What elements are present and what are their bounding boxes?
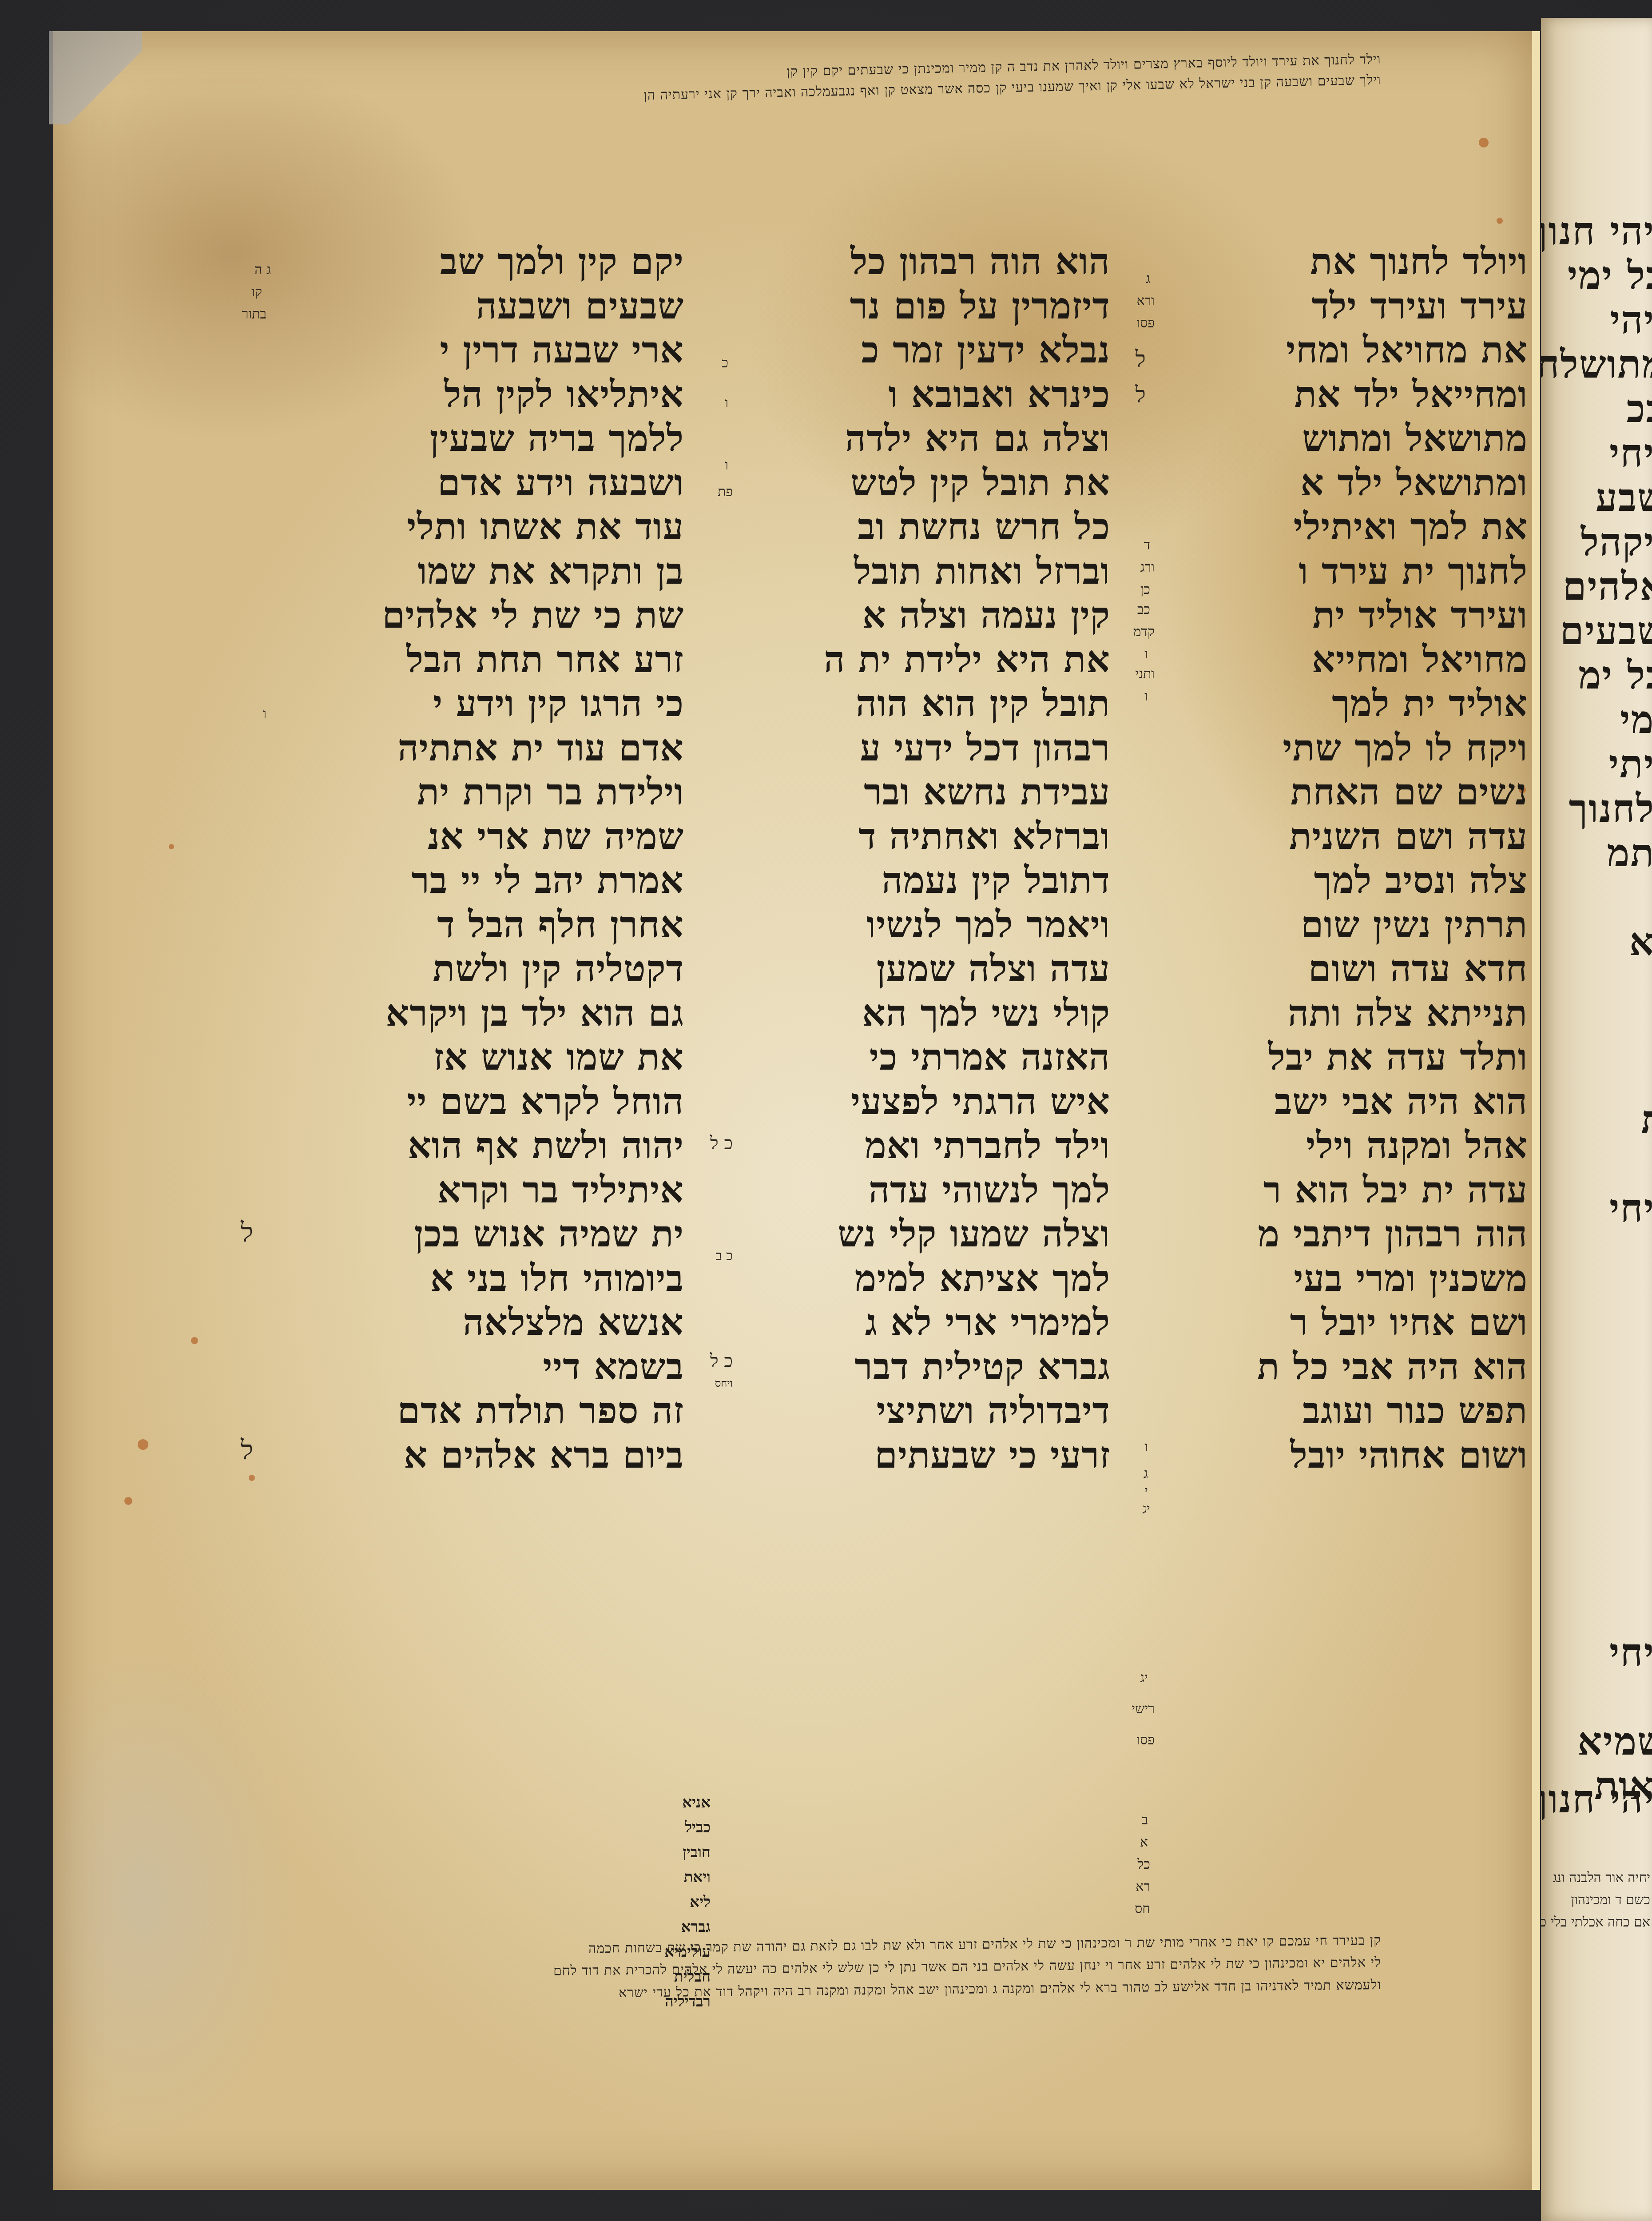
next-folio-masorah: כשם ד ומכינהון <box>1571 1892 1650 1908</box>
text-line: ויקח לו למך שתי <box>1164 726 1528 771</box>
text-column-left: יקם קין ולמך שב שבעים ושבעה ארי שבעה דרי… <box>320 240 684 1477</box>
text-line: צלה ונסיב למך <box>1164 859 1528 903</box>
text-line: ושום אחוהי יובל <box>1164 1433 1528 1478</box>
masorah-parva-note: פת <box>718 484 733 500</box>
stain-dot <box>169 844 174 849</box>
next-folio-line: בכ <box>1627 386 1652 431</box>
text-line: אחרן חלף הבל ד <box>320 903 684 947</box>
text-line: נשים שם האחת <box>1164 770 1528 815</box>
masorah-parva-note: רישי <box>1132 1701 1155 1717</box>
masorah-parva-note: יג <box>1140 1670 1148 1686</box>
text-line: האזנה אמרתי כי <box>746 1035 1110 1080</box>
text-line: גברא קטילית דבר <box>746 1345 1110 1389</box>
text-line: ותלד עדה את יבל <box>1164 1035 1528 1080</box>
next-folio-line: ויהי חנוך ל <box>1541 209 1652 254</box>
text-line: אדם עוד ית אתתיה <box>320 726 684 771</box>
targum-word: ליא <box>648 1890 711 1915</box>
text-line: הוה רבהון דיתבי מ <box>1164 1212 1528 1257</box>
text-line: הוא היה אבי כל ת <box>1164 1345 1528 1389</box>
masorah-top-line: וילך שבעים ושבעה קן בני ישראל לא שבעו אל… <box>643 72 1381 103</box>
next-folio-line: ויחי <box>1609 431 1652 476</box>
targum-word: אניא <box>648 1790 711 1815</box>
text-line: איתליאו לקין הל <box>320 373 684 417</box>
text-line: איתיליד בר וקרא <box>320 1168 684 1213</box>
masorah-parva-note: ו <box>1144 1439 1148 1455</box>
stain-dot <box>191 1337 198 1344</box>
masorah-parva-note: ל <box>1136 346 1146 372</box>
text-line: וצלה שמעו קלי נש <box>746 1212 1110 1257</box>
text-line: למימרי ארי לא ג <box>746 1301 1110 1345</box>
text-line: למך אציתא למימ <box>746 1257 1110 1301</box>
masorah-parva-note: בתור <box>242 306 266 322</box>
masorah-parva-note: כב <box>1137 602 1150 617</box>
next-folio-line: מתושלח <box>1541 342 1652 387</box>
text-line: דקטליה קין ולשת <box>320 947 684 991</box>
text-line: ושבעה וידע אדם <box>320 461 684 505</box>
targum-word: גברא <box>648 1915 711 1939</box>
text-line: איש הרגתי לפצעי <box>746 1080 1110 1124</box>
text-line: חדא עדה ושום <box>1164 947 1528 991</box>
masorah-parva-note: ג <box>1144 1466 1148 1481</box>
text-line: זה ספר תולדת אדם <box>320 1389 684 1433</box>
text-line: וצלה גם היא ילדה <box>746 417 1110 461</box>
text-line: עדה ושם השנית <box>1164 815 1528 859</box>
text-line: תובל קין הוא הוה <box>746 682 1110 726</box>
text-line: ביום ברא אלהים א <box>320 1433 684 1478</box>
next-folio-line: ויהי חנוך <box>1541 1777 1652 1822</box>
next-folio-line: שמיא <box>1577 1719 1652 1764</box>
masorah-parva-note: ו <box>1144 689 1148 704</box>
text-line: אמרת יהב לי יי בר <box>320 859 684 903</box>
text-line: שמיה שת ארי אנ <box>320 815 684 859</box>
text-line: דתובל קין נעמה <box>746 859 1110 903</box>
next-folio-line: כל ימ <box>1578 653 1652 698</box>
text-line: תנייתא צלה ותה <box>1164 991 1528 1036</box>
text-line: משכנין ומרי בעי <box>1164 1257 1528 1301</box>
masorah-parva-note: כ ל <box>710 1350 733 1371</box>
stain-dot <box>1497 218 1503 224</box>
text-line: ומחייאל ילד את <box>1164 373 1528 417</box>
text-line: עוד את אשתו ותלי <box>320 505 684 549</box>
text-line: תפש כנור ועוגב <box>1164 1389 1528 1433</box>
text-line: ארי שבעה דרין י <box>320 328 684 373</box>
masorah-parva-note: ל <box>241 1217 253 1248</box>
masorah-parva-note: ו <box>725 458 728 473</box>
masorah-parva-note: ו <box>263 706 266 722</box>
targum-word: חובין <box>648 1840 711 1865</box>
next-folio-line: שבע <box>1596 475 1652 520</box>
text-line: עדה וצלה שמען <box>746 947 1110 991</box>
text-line: גם הוא ילד בן ויקרא <box>320 991 684 1036</box>
next-folio-line: אלהים <box>1563 564 1652 609</box>
text-line: שת כי שת לי אלהים <box>320 593 684 638</box>
masorah-parva-note: כ ב <box>715 1248 733 1264</box>
text-line: מתושאל ומתוש <box>1164 417 1528 461</box>
margin-notes-middle-right: ג ורא פסו ל ל ד ורג כן כב קדמ ו ותני ו ו… <box>1115 227 1164 1870</box>
next-folio-line: ולחנוך <box>1569 786 1652 831</box>
masorah-parva-note: ד <box>1144 537 1150 553</box>
next-folio-line: כל ימי <box>1568 253 1652 298</box>
text-line: הוא הוה רבהון כל <box>746 240 1110 284</box>
masorah-parva-note: ותני <box>1135 666 1155 682</box>
masorah-bottom-line: ולעמשא תמיד לאדניהו בן חדד אלישע לב טהור… <box>618 1977 1381 2001</box>
masorah-parva-note: חס <box>1135 1901 1150 1917</box>
text-line: בן ותקרא את שמו <box>320 549 684 594</box>
text-line: וברזל ואחות תובל <box>746 549 1110 594</box>
masorah-parva-note: קדמ <box>1133 624 1155 640</box>
masorah-parva-note: כ <box>722 355 728 371</box>
text-line: את למך ואיתילי <box>1164 505 1528 549</box>
text-line: ויולד לחנוך את <box>1164 240 1528 284</box>
targum-word: כביל <box>648 1815 711 1840</box>
text-line: זרע אחר תחת הבל <box>320 638 684 682</box>
masorah-parva-note: ל <box>241 1435 253 1466</box>
masorah-parva-note: פסו <box>1137 315 1155 331</box>
masorah-parva-note: יג <box>1142 1501 1150 1517</box>
text-line: שבעים ושבעה <box>320 284 684 329</box>
masorah-parva-note: ורא <box>1137 293 1155 309</box>
text-line: הוא היה אבי ישב <box>1164 1080 1528 1124</box>
text-line: יקם קין ולמך שב <box>320 240 684 284</box>
text-line: כינרא ואבובא ו <box>746 373 1110 417</box>
masorah-parva-note: י <box>1144 1484 1148 1499</box>
text-line: דיזמרין על פום נר <box>746 284 1110 329</box>
masorah-parva-note: ו <box>725 395 728 411</box>
text-line: וילד לחברתי ואמ <box>746 1124 1110 1168</box>
masorah-parva-note: ב <box>1142 1812 1148 1828</box>
text-line: את תובל קין לטש <box>746 461 1110 505</box>
margin-notes-left-middle: כ ו ו פת כ ל כ ב כ ל ויחס <box>688 227 742 1870</box>
text-line: לחנוך ית עירד ו <box>1164 549 1528 594</box>
next-folio-line: ויתי <box>1608 742 1652 787</box>
text-line: בשמא דיי <box>320 1345 684 1389</box>
text-line: מחויאל ומחייא <box>1164 638 1528 682</box>
text-line: עירד ועירד ילד <box>1164 284 1528 329</box>
text-column-middle: הוא הוה רבהון כל דיזמרין על פום נר נבלא … <box>746 240 1110 1477</box>
next-folio-masorah: אם כחה אכלתי בלי כסף <box>1541 1915 1650 1930</box>
masorah-parva-note: ויחס <box>715 1377 733 1390</box>
text-line: עדה ית יבל הוא ר <box>1164 1168 1528 1213</box>
masorah-parva-note: כן <box>1140 582 1150 597</box>
text-line: למך לנשוהי עדה <box>746 1168 1110 1213</box>
targum-word: ויאת <box>648 1865 711 1890</box>
text-line: ית שמיה אנוש בכן <box>320 1212 684 1257</box>
targum-word-list: אניא כביל חובין ויאת ליא גברא עולימיא חב… <box>648 1790 711 2014</box>
text-line: דיבדוליה ושתיצי <box>746 1389 1110 1433</box>
next-folio-line: ויחי <box>1609 1630 1652 1675</box>
text-line: את היא ילידת ית ה <box>746 638 1110 682</box>
text-line: ומתושאל ילד א <box>1164 461 1528 505</box>
next-folio-edge: ויהי חנוך ל כל ימי ויהי מתושלח בכ ויחי ש… <box>1541 18 1652 2221</box>
next-folio-masorah: יחיה אור הלבנה ונג <box>1553 1870 1650 1886</box>
text-line: קין נעמה וצלה א <box>746 593 1110 638</box>
text-line: זרעי כי שבעתים <box>746 1433 1110 1478</box>
masorah-parva-note: א <box>1140 1835 1148 1850</box>
text-line: ושם אחיו יובל ר <box>1164 1301 1528 1345</box>
masorah-parva-note: ו <box>1144 646 1148 662</box>
text-column-right: ויולד לחנוך את עירד ועירד ילד את מחויאל … <box>1164 240 1528 1477</box>
text-line: יהוה ולשת אף הוא <box>320 1124 684 1168</box>
text-line: כי הרגו קין וידע י <box>320 682 684 726</box>
masorah-parva-note: ל <box>1136 382 1146 408</box>
text-line: וילידת בר וקרת ית <box>320 770 684 815</box>
text-line: רבהון דכל ידעי ע <box>746 726 1110 771</box>
masorah-parva-note: ג <box>1146 271 1150 287</box>
text-line: אנשא מלצלאה <box>320 1301 684 1345</box>
stain-dot <box>138 1439 148 1450</box>
text-line: את מחויאל ומחי <box>1164 328 1528 373</box>
text-line: אוליד ית למך <box>1164 682 1528 726</box>
masorah-parva-note: פסו <box>1137 1732 1155 1748</box>
text-line: ויאמר למך לנשיו <box>746 903 1110 947</box>
next-folio-line: ותמ <box>1607 831 1652 876</box>
text-line: ללמך בריה שבעין <box>320 417 684 461</box>
text-line: הוחל לקרא בשם יי <box>320 1080 684 1124</box>
next-folio-line: שבעים <box>1560 609 1652 653</box>
manuscript-folio: וילד לחנוך את עירד ויולד ליוסף בארץ מצרי… <box>53 31 1540 2190</box>
text-line: תרתין נשין שום <box>1164 903 1528 947</box>
masorah-parva-note: רא <box>1136 1879 1150 1895</box>
text-line: ביומוהי חלו בני א <box>320 1257 684 1301</box>
masorah-parva-note: ורג <box>1140 560 1155 575</box>
stain-dot <box>1479 138 1489 147</box>
masorah-parva-note: קו <box>251 284 262 300</box>
margin-notes-outer-left: ג ה קו בתור ו ל ל <box>222 227 275 1870</box>
next-folio-line: ימי <box>1620 697 1652 742</box>
next-folio-line: ויהי <box>1610 298 1652 342</box>
text-line: כל חרש נחשת וב <box>746 505 1110 549</box>
text-line: ועירד אוליד ית <box>1164 593 1528 638</box>
next-folio-line: ויחי <box>1609 1186 1652 1231</box>
masorah-parva-note: כ ל <box>710 1133 733 1154</box>
text-line: וברזלא ואחתיה ד <box>746 815 1110 859</box>
next-folio-line: ת <box>1641 1097 1652 1142</box>
text-line: את שמו אנוש אז <box>320 1035 684 1080</box>
text-line: קולי נשי למך הא <box>746 991 1110 1036</box>
masorah-parva-note: ג ה <box>254 262 271 278</box>
masorah-parva-note: כל <box>1137 1857 1150 1872</box>
stain-dot <box>124 1497 132 1505</box>
text-line: נבלא ידעין זמר כ <box>746 328 1110 373</box>
next-folio-line: ויקהל <box>1581 520 1652 565</box>
text-line: עבידת נחשא ובר <box>746 770 1110 815</box>
next-folio-line: וא <box>1629 919 1652 964</box>
text-line: אהל ומקנה וילי <box>1164 1124 1528 1168</box>
